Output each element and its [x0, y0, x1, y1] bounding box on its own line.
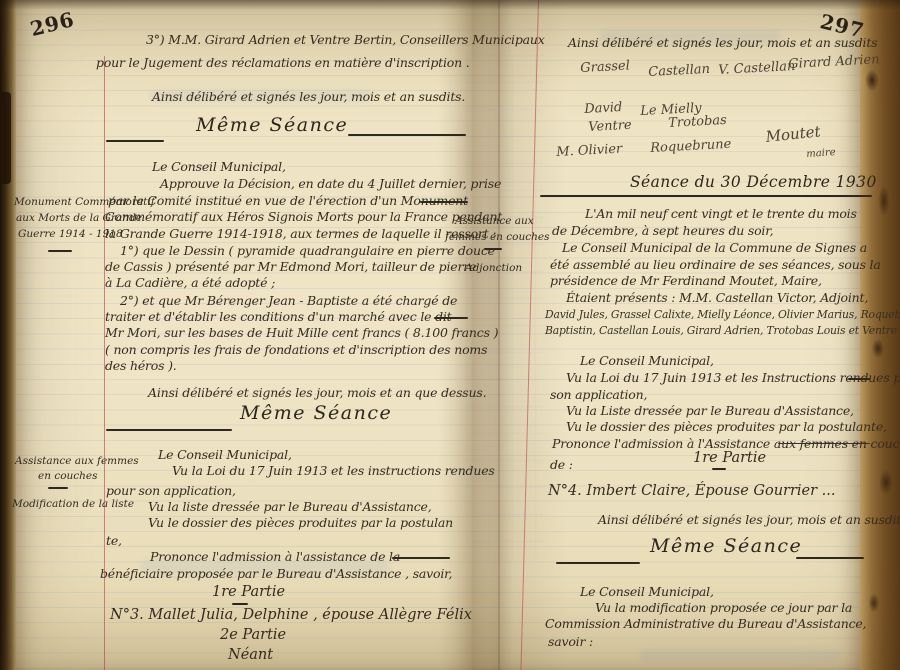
handwritten-line: Vu la Liste dressée par le Bureau d'Assi… [566, 404, 854, 418]
handwritten-line: pour le Jugement des réclamations en mat… [96, 56, 469, 70]
margin-note-line: Modification de la liste [12, 498, 134, 511]
list-part-heading: 1re Partie [693, 451, 766, 466]
handwritten-line: Vu le dossier des pièces produites par l… [566, 420, 887, 434]
handwritten-line: de : [550, 458, 573, 472]
heading-dash [556, 562, 640, 564]
filler-dash [420, 201, 468, 203]
margin-note-underline [48, 487, 68, 489]
handwritten-line: Commémoratif aux Héros Signois Morts pou… [105, 210, 502, 224]
margin-note-underline [484, 248, 502, 250]
handwritten-line: Ainsi délibéré et signés les jour, mois … [148, 386, 486, 400]
handwritten-line: été assemblé au lieu ordinaire de ses sé… [550, 258, 881, 272]
signature: David [584, 101, 623, 116]
handwritten-line: de Décembre, à sept heures du soir, [552, 224, 773, 238]
handwritten-line: Commission Administrative du Bureau d'As… [545, 617, 866, 631]
margin-note-line: Assistance aux [455, 215, 534, 228]
handwritten-line: 1°) que le Dessin ( pyramide quadrangula… [120, 244, 495, 258]
handwritten-line: Vu la modification proposée ce jour par … [595, 601, 852, 615]
heading-dash [796, 557, 864, 559]
handwritten-line: Prononce l'admission à l'assistance de l… [150, 550, 400, 564]
signature: Ventre [588, 119, 632, 134]
signature: Roquebrune [650, 138, 732, 155]
signature: Moutet [765, 124, 821, 145]
handwritten-line: Ainsi délibéré et signés les jour, mois … [598, 513, 900, 527]
handwritten-line: par le Comité institué en vue de l'érect… [108, 194, 468, 208]
filler-dash [848, 378, 870, 380]
handwritten-line: Mr Mori, sur les bases de Huit Mille cen… [105, 326, 498, 340]
register-book-photo: 296 297 Monument Commémoratifaux Morts d… [0, 0, 900, 670]
heading-dash [106, 140, 164, 142]
margin-note-line: en couches [38, 470, 98, 483]
handwritten-line: ( non compris les frais de fondations et… [105, 343, 487, 357]
handwritten-line: Le Conseil Municipal, [580, 354, 714, 368]
handwritten-line: Vu le dossier des pièces produites par l… [148, 516, 453, 530]
session-heading: Séance du 30 Décembre 1930 [630, 175, 877, 191]
handwritten-line: Baptistin, Castellan Louis, Girard Adrie… [545, 325, 900, 337]
list-part-heading: 1re Partie [212, 585, 285, 600]
handwritten-line: bénéficiaire proposée par le Bureau d'As… [100, 567, 452, 581]
handwritten-line: traiter et d'établir les conditions d'un… [105, 310, 452, 324]
handwritten-line: 3°) M.M. Girard Adrien et Ventre Bertin,… [146, 33, 545, 47]
list-part-heading: 2e Partie [220, 628, 286, 643]
handwritten-line: 2°) et que Mr Bérenger Jean - Baptiste a… [120, 294, 457, 308]
session-heading-rule [540, 195, 872, 197]
handwritten-line: Ainsi délibéré et signés les jour, mois … [152, 90, 465, 104]
section-heading: Même Séance [240, 404, 392, 423]
margin-note-line: femmes en couches [445, 231, 549, 244]
signature: Castellan [648, 63, 710, 79]
handwritten-line: pour son application, [106, 484, 236, 498]
margin-note-underline [232, 603, 248, 605]
heading-dash [106, 429, 232, 431]
handwritten-line: son application, [550, 388, 647, 402]
handwritten-line: présidence de Mr Ferdinand Moutet, Maire… [550, 274, 822, 288]
margin-note-line: Adjonction [465, 262, 522, 275]
beneficiary-entry: N°3. Mallet Julia, Delphine , épouse All… [110, 608, 472, 623]
handwritten-line: David Jules, Grassel Calixte, Mielly Léo… [545, 309, 900, 321]
handwritten-line: Vu la Loi du 17 Juin 1913 et les instruc… [172, 464, 495, 478]
handwritten-line: Le Conseil Municipal, [152, 160, 286, 174]
heading-dash [348, 134, 466, 136]
section-heading: Même Séance [650, 537, 802, 556]
signature: M. Olivier [556, 143, 623, 159]
handwriting-layer: Monument Commémoratifaux Morts de la Gra… [0, 0, 900, 670]
handwritten-line: Vu la liste dressée par le Bureau d'Assi… [148, 500, 432, 514]
handwritten-line: des héros ). [105, 359, 177, 373]
margin-note-underline [48, 250, 72, 252]
beneficiary-entry: N°4. Imbert Claire, Épouse Gourrier ... [548, 484, 836, 499]
handwritten-line: Approuve la Décision, en date du 4 Juill… [160, 177, 501, 191]
margin-note-line: Assistance aux femmes [15, 455, 139, 468]
signature: Grassel [580, 59, 630, 75]
handwritten-line: la Grande Guerre 1914-1918, aux termes d… [105, 227, 496, 241]
signature: maire [806, 148, 836, 160]
handwritten-line: savoir : [548, 635, 593, 649]
handwritten-line: Le Conseil Municipal, [158, 448, 292, 462]
handwritten-line: te, [106, 534, 122, 548]
handwritten-line: Ainsi délibéré et signés les jour, mois … [568, 36, 877, 50]
filler-dash [434, 317, 468, 319]
signature: Trotobas [668, 114, 727, 130]
handwritten-line: Néant [228, 648, 273, 663]
signature: Girard Adrien [788, 53, 880, 71]
filler-dash [392, 557, 450, 559]
handwritten-line: Le Conseil Municipal, [580, 585, 714, 599]
signature: V. Castellan [718, 60, 796, 77]
section-heading: Même Séance [196, 116, 348, 135]
margin-note-underline [712, 468, 726, 470]
handwritten-line: de Cassis ) présenté par Mr Edmond Mori,… [105, 260, 476, 274]
handwritten-line: Étaient présents : M.M. Castellan Victor… [566, 291, 868, 305]
handwritten-line: Le Conseil Municipal de la Commune de Si… [562, 241, 867, 255]
handwritten-line: à La Cadière, a été adopté ; [105, 276, 275, 290]
handwritten-line: L'An mil neuf cent vingt et le trente du… [585, 207, 857, 221]
